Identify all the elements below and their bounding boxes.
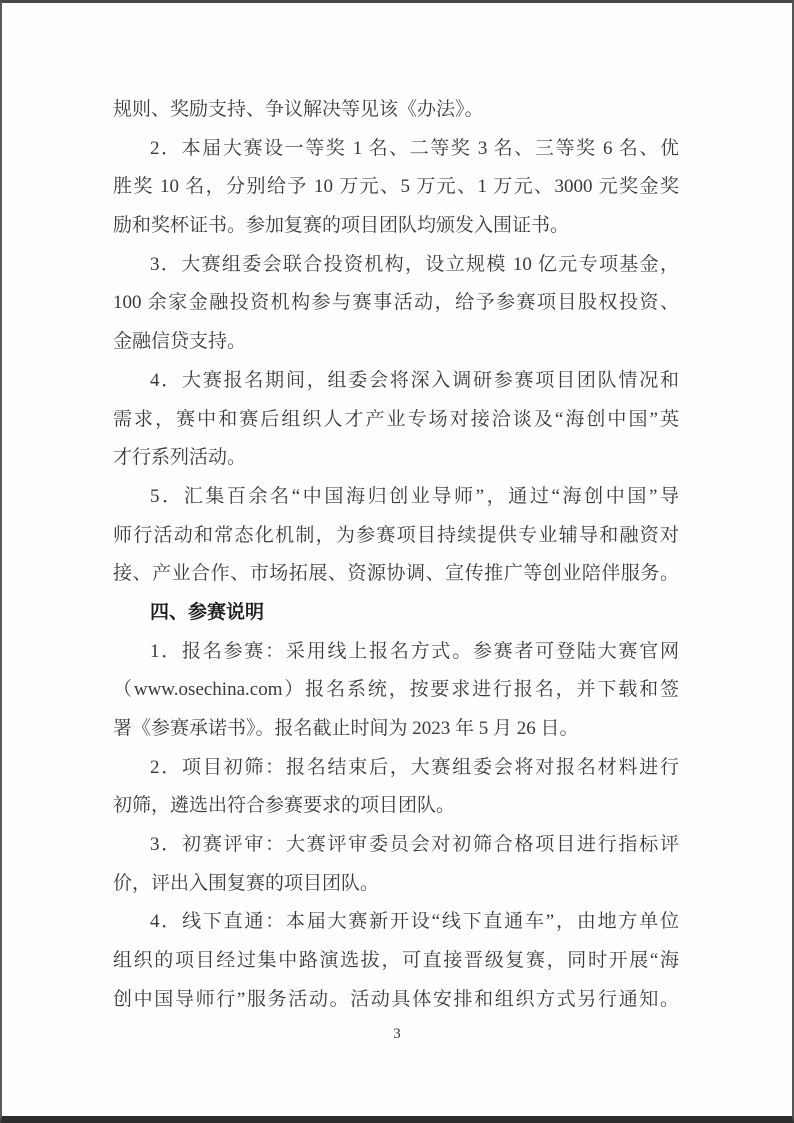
section-heading: 四、参赛说明 <box>113 594 679 633</box>
text-line: 才行系列活动。 <box>113 439 679 478</box>
text-line: 创中国导师行”服务活动。活动具体安排和组织方式另行通知。 <box>113 981 679 1020</box>
text-line: 5．汇集百余名“中国海归创业导师”，通过“海创中国”导 <box>113 478 679 517</box>
text-line: 金融信贷支持。 <box>113 323 679 362</box>
text-line: 署《参赛承诺书》。报名截止时间为 2023 年 5 月 26 日。 <box>113 710 679 749</box>
text-line: 需求，赛中和赛后组织人才产业专场对接洽谈及“海创中国”英 <box>113 401 679 440</box>
page-number: 3 <box>2 1023 792 1045</box>
text-line: 接、产业合作、市场拓展、资源协调、宣传推广等创业陪伴服务。 <box>113 555 679 594</box>
text-line: 2．项目初筛：报名结束后，大赛组委会将对报名材料进行 <box>113 749 679 788</box>
text-line: 4．线下直通：本届大赛新开设“线下直通车”，由地方单位 <box>113 903 679 942</box>
text-line: 3．大赛组委会联合投资机构，设立规模 10 亿元专项基金， <box>113 246 679 285</box>
text-line: 3．初赛评审：大赛评审委员会对初筛合格项目进行指标评 <box>113 826 679 865</box>
text-block: 规则、奖励支持、争议解决等见该《办法》。2．本届大赛设一等奖 1 名、二等奖 3… <box>113 91 679 1020</box>
text-line: 胜奖 10 名，分别给予 10 万元、5 万元、1 万元、3000 元奖金奖 <box>113 168 679 207</box>
text-line: 初筛，遴选出符合参赛要求的项目团队。 <box>113 787 679 826</box>
document-page: 规则、奖励支持、争议解决等见该《办法》。2．本届大赛设一等奖 1 名、二等奖 3… <box>0 0 794 1123</box>
text-line: 规则、奖励支持、争议解决等见该《办法》。 <box>113 91 679 130</box>
text-line: （www.osechina.com）报名系统，按要求进行报名，并下载和签 <box>113 671 679 710</box>
text-line: 价，评出入围复赛的项目团队。 <box>113 865 679 904</box>
text-line: 4．大赛报名期间，组委会将深入调研参赛项目团队情况和 <box>113 362 679 401</box>
text-line: 1．报名参赛：采用线上报名方式。参赛者可登陆大赛官网 <box>113 633 679 672</box>
text-line: 师行活动和常态化机制，为参赛项目持续提供专业辅导和融资对 <box>113 517 679 556</box>
text-line: 励和奖杯证书。参加复赛的项目团队均颁发入围证书。 <box>113 207 679 246</box>
text-line: 组织的项目经过集中路演选拔，可直接晋级复赛，同时开展“海 <box>113 942 679 981</box>
text-line: 100 余家金融投资机构参与赛事活动，给予参赛项目股权投资、 <box>113 284 679 323</box>
text-line: 2．本届大赛设一等奖 1 名、二等奖 3 名、三等奖 6 名、优 <box>113 130 679 169</box>
